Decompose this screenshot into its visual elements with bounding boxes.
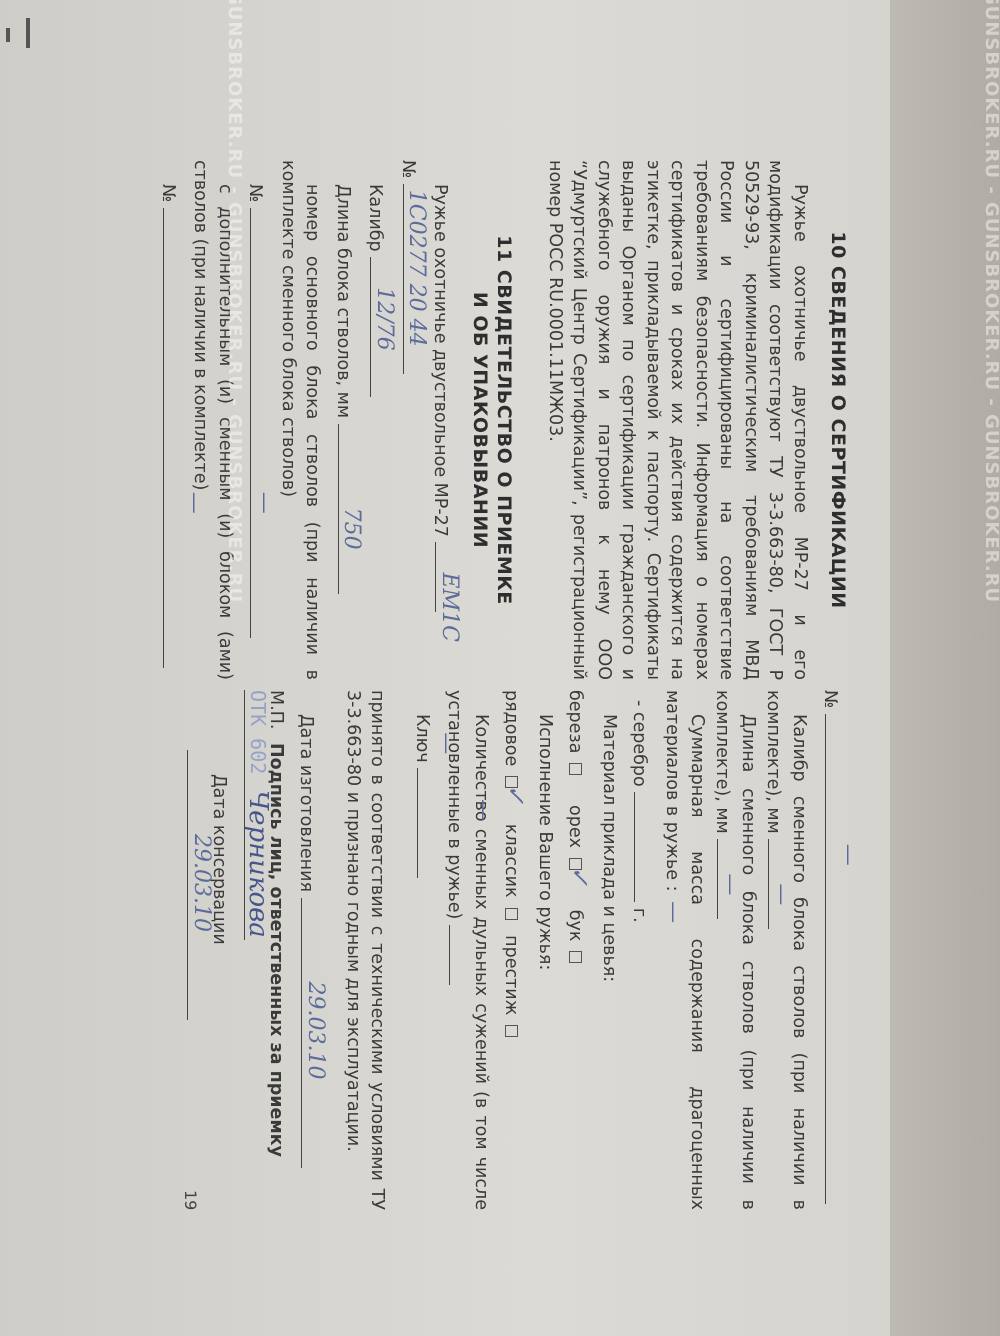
barrel-length-label: Длина блока стволов, мм [333,184,353,418]
chokes-field[interactable]: — [450,925,469,985]
page-number: 19 [181,1190,200,1210]
key-field[interactable]: — [417,768,436,878]
silver-unit: г. [630,908,650,923]
checkmark-icon: ✓ [503,784,531,804]
section-10-title: 10 СВЕДЕНИЯ О СЕРТИФИКАЦИИ [826,160,850,680]
manufacture-date-label: Дата изготовления [297,714,317,892]
version-options: рядовое✓ классик престиж [499,690,527,1210]
caliber-label: Калибр [366,184,386,252]
gun-model-row: Ружье охотничье двуствольное МР-27 ЕМ1С [428,160,455,680]
serial-row: № 1С0277 20 44 [396,160,423,680]
spare-number-dash: — [836,844,861,866]
stock-label: Материал приклада и цевья: [597,690,622,1210]
spare-number-field[interactable]: — [825,714,844,1204]
key-dash: — [434,708,459,754]
silver-label: - серебро [630,700,650,787]
key-row: Ключ — [410,690,437,1210]
caliber-field[interactable]: 12/76 [371,257,390,397]
serial-field[interactable]: 1С0277 20 44 [403,184,422,374]
signature-row: М.П. Подпись лиц, ответственных за прием… [237,690,288,1210]
section-11-title-line2: И ОБ УПАКОВЫВАНИИ [469,160,493,680]
gun-model-handwritten: ЕМ1С [437,548,462,641]
section-10-body: Ружье охотничье двуствольное МР-27 и его… [543,160,813,680]
spare-caliber-row: Калибр сменного блока стволов (при налич… [761,690,812,1210]
main-block-number-field[interactable]: — [251,208,270,638]
spare-number-sign: № [820,690,840,708]
stock-option-birch-checkbox[interactable] [569,763,582,775]
stock-option-birch-label: береза [566,690,586,753]
version-option-prestige-checkbox[interactable] [505,1025,518,1037]
main-block-number-label: номер основного блока стволов (при налич… [276,160,325,680]
caliber-row: Калибр 12/76 [363,160,390,680]
manufacture-date-row: Дата изготовления 29.03.10 [294,690,321,1210]
extra-blocks-number-sign: № [158,184,178,202]
version-option-standard-label: рядовое [502,690,522,766]
spare-length-dash: — [718,849,743,895]
stock-options: береза орех✓ бук [563,690,591,1210]
manufacture-date-handwritten: 29.03.10 [303,958,328,1080]
barrel-length-row: Длина блока стволов, мм 750 [331,160,358,680]
gun-model-field[interactable]: ЕМ1С [436,542,455,612]
main-block-number-dash: — [252,468,277,514]
main-block-number-row: № — [243,160,270,680]
binding-mark [26,18,30,48]
passport-page: 10 СВЕДЕНИЯ О СЕРТИФИКАЦИИ Ружье охотнич… [0,0,1000,1336]
spare-length-field[interactable]: — [717,839,736,919]
column-right: № — Калибр сменного блока стволов (при н… [174,690,850,1210]
version-option-prestige-label: престиж [502,935,522,1015]
section-11-title-line1: 11 СВИДЕТЕЛЬСТВО О ПРИЕМКЕ [493,160,517,680]
caliber-handwritten: 12/76 [372,263,397,350]
serial-number-label: № [398,160,418,178]
precious-row: Суммарная масса содержания драгоценных м… [660,690,710,1210]
watermark: GUNSBROKER.RU - GUNSBROKER.RU - GUNSBROK… [224,0,245,603]
version-option-classic-checkbox[interactable] [505,908,518,920]
spare-length-row: Длина сменного блока стволов (при наличи… [710,690,761,1210]
acceptance-text: принято в соответствии с техническими ус… [341,690,390,1210]
extra-blocks-row: № — [156,160,183,680]
stock-option-walnut-label: орех [566,805,586,848]
binding-mark [6,28,10,42]
serial-handwritten: 1С0277 20 44 [404,190,429,347]
silver-row: - серебро г. [627,690,654,1210]
precious-label: Суммарная масса содержания драгоценных м… [662,690,708,1210]
conservation-date-handwritten: 29.03.10 [189,810,214,932]
key-label: Ключ [412,714,432,763]
quality-stamp: ОТК 602 [246,690,271,774]
signature-handwritten: Черникова [246,790,271,938]
watermark: GUNSBROKER.RU - GUNSBROKER.RU - GUNSBROK… [981,0,1000,603]
chokes-row: Количество сменных дульных сужений (в то… [442,690,493,1210]
spare-caliber-field[interactable]: — [768,839,787,929]
barrel-length-handwritten: 750 [339,484,364,550]
stock-option-beech-label: бук [566,910,586,942]
signature-field[interactable]: ОТК 602 Черникова [245,690,264,940]
gun-model-label: Ружье охотничье двуствольное МР-27 [431,184,451,537]
conservation-date-row: Дата консервации 29.03.10 [180,690,231,1210]
version-option-classic-label: классик [502,824,522,898]
stock-option-beech-checkbox[interactable] [569,951,582,963]
spare-length-label: Длина сменного блока стволов (при наличи… [712,690,759,1210]
main-block-number-sign: № [246,184,266,202]
barrel-length-field[interactable]: 750 [338,424,357,594]
chokes-dash: — [471,775,496,821]
conservation-date-field[interactable]: 29.03.10 [188,750,207,1020]
spare-caliber-label: Калибр сменного блока стволов (при налич… [763,690,810,1210]
spare-number-row: № — [818,690,845,1210]
manufacture-date-field[interactable]: 29.03.10 [302,898,321,1168]
precious-dash: — [661,901,686,923]
column-left: 10 СВЕДЕНИЯ О СЕРТИФИКАЦИИ Ружье охотнич… [150,160,851,680]
spare-caliber-dash: — [769,859,794,905]
extra-blocks-dash: — [182,468,207,514]
version-label: Исполнение Вашего ружья: [533,690,558,1210]
extra-blocks-field[interactable]: — [163,208,182,668]
checkmark-icon: ✓ [567,866,595,886]
silver-field[interactable] [635,792,654,902]
